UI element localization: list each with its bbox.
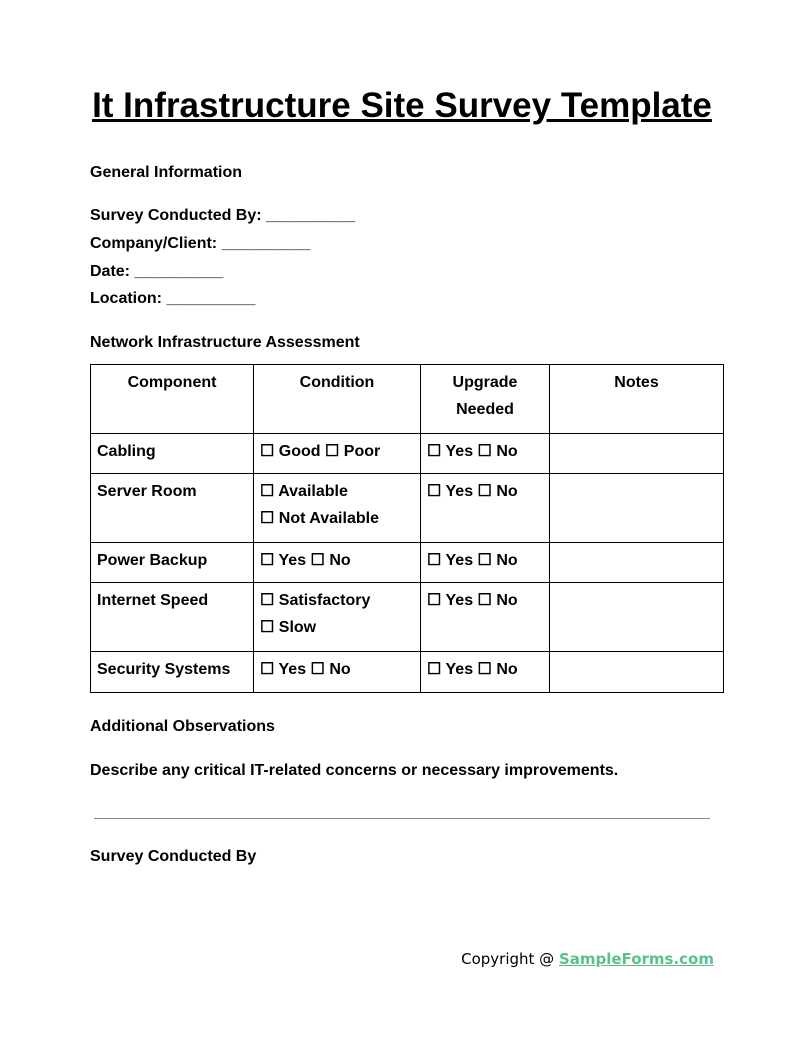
cell-condition[interactable]: ☐ Available☐ Not Available	[254, 474, 421, 543]
table-row: Internet Speed ☐ Satisfactory☐ Slow ☐ Ye…	[91, 583, 724, 652]
field-blank[interactable]: __________	[222, 235, 311, 252]
cell-condition[interactable]: ☐ Yes ☐ No	[254, 543, 421, 583]
cell-upgrade[interactable]: ☐ Yes ☐ No	[421, 474, 550, 543]
field-blank[interactable]: __________	[166, 290, 255, 307]
table-row: Power Backup ☐ Yes ☐ No ☐ Yes ☐ No	[91, 543, 724, 583]
cell-component: Internet Speed	[91, 583, 254, 652]
field-blank[interactable]: __________	[134, 263, 223, 280]
observations-prompt: Describe any critical IT-related concern…	[90, 762, 618, 780]
signoff-heading: Survey Conducted By	[90, 848, 256, 866]
field-survey-conducted-by: Survey Conducted By: __________	[90, 207, 355, 225]
field-date: Date: __________	[90, 263, 223, 281]
field-label: Date:	[90, 263, 130, 280]
cell-component: Cabling	[91, 434, 254, 474]
cell-component: Security Systems	[91, 652, 254, 693]
field-location: Location: __________	[90, 290, 255, 308]
divider-line	[94, 818, 710, 819]
cell-component: Server Room	[91, 474, 254, 543]
table-row: Server Room ☐ Available☐ Not Available ☐…	[91, 474, 724, 543]
option-line[interactable]: ☐ Slow	[260, 614, 414, 641]
general-info-heading: General Information	[90, 164, 242, 182]
cell-upgrade[interactable]: ☐ Yes ☐ No	[421, 434, 550, 474]
col-upgrade-label: Upgrade Needed	[445, 369, 525, 423]
field-label: Survey Conducted By:	[90, 207, 262, 224]
col-upgrade-needed: Upgrade Needed	[421, 365, 550, 434]
option-line[interactable]: ☐ Available	[260, 478, 414, 505]
cell-notes[interactable]	[550, 652, 724, 693]
network-heading: Network Infrastructure Assessment	[90, 334, 360, 352]
col-condition: Condition	[254, 365, 421, 434]
col-component: Component	[91, 365, 254, 434]
cell-upgrade[interactable]: ☐ Yes ☐ No	[421, 583, 550, 652]
field-label: Location:	[90, 290, 162, 307]
cell-condition[interactable]: ☐ Yes ☐ No	[254, 652, 421, 693]
cell-upgrade[interactable]: ☐ Yes ☐ No	[421, 543, 550, 583]
assessment-table: Component Condition Upgrade Needed Notes…	[90, 364, 724, 693]
copyright-footer: Copyright @ SampleForms.com	[461, 950, 714, 968]
cell-notes[interactable]	[550, 583, 724, 652]
option-line[interactable]: ☐ Satisfactory	[260, 587, 414, 614]
sampleforms-link[interactable]: SampleForms.com	[559, 950, 714, 968]
table-row: Cabling ☐ Good ☐ Poor ☐ Yes ☐ No	[91, 434, 724, 474]
table-row: Security Systems ☐ Yes ☐ No ☐ Yes ☐ No	[91, 652, 724, 693]
cell-component: Power Backup	[91, 543, 254, 583]
cell-upgrade[interactable]: ☐ Yes ☐ No	[421, 652, 550, 693]
field-blank[interactable]: __________	[266, 207, 355, 224]
col-notes: Notes	[550, 365, 724, 434]
field-label: Company/Client:	[90, 235, 217, 252]
cell-notes[interactable]	[550, 474, 724, 543]
cell-notes[interactable]	[550, 543, 724, 583]
cell-condition[interactable]: ☐ Good ☐ Poor	[254, 434, 421, 474]
cell-notes[interactable]	[550, 434, 724, 474]
option-line[interactable]: ☐ Not Available	[260, 505, 414, 532]
observations-heading: Additional Observations	[90, 718, 275, 736]
field-company-client: Company/Client: __________	[90, 235, 311, 253]
page-title: It Infrastructure Site Survey Template	[0, 86, 804, 126]
cell-condition[interactable]: ☐ Satisfactory☐ Slow	[254, 583, 421, 652]
table-header-row: Component Condition Upgrade Needed Notes	[91, 365, 724, 434]
copyright-text: Copyright @	[461, 950, 559, 968]
